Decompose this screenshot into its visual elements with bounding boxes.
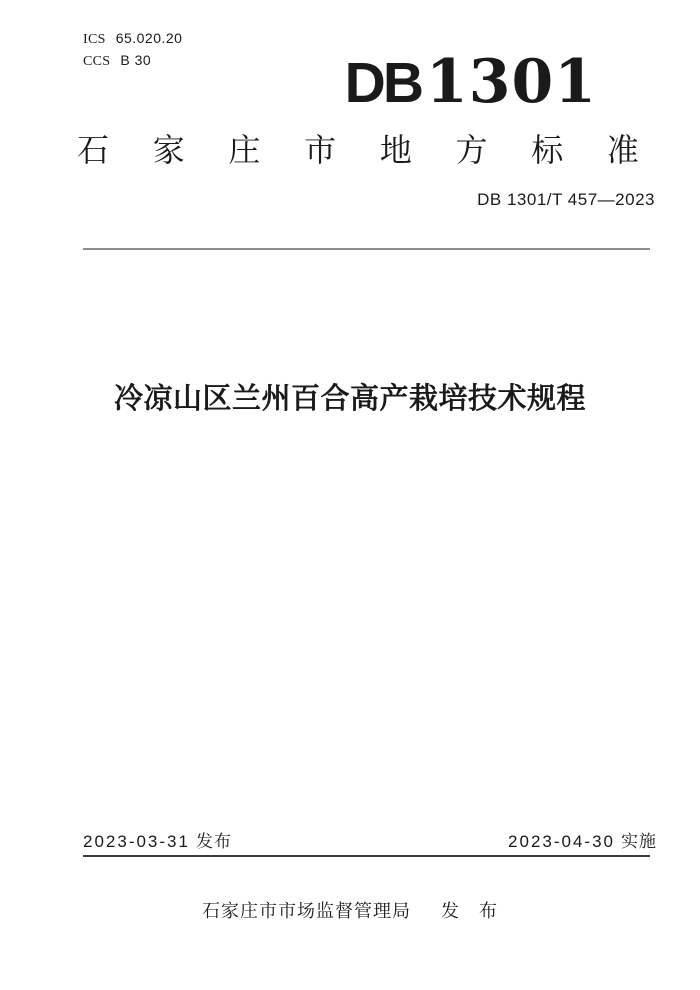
logo-region-code: 1301 bbox=[426, 47, 597, 117]
type-char: 标 bbox=[531, 134, 563, 168]
classification-block: ICS65.020.20 CCSB 30 bbox=[83, 28, 182, 72]
issue-date: 2023-03-31 bbox=[83, 832, 190, 851]
document-title: 冷凉山区兰州百合高产栽培技术规程 bbox=[0, 384, 700, 416]
implement-label: 实施 bbox=[621, 832, 657, 851]
issue-date-group: 2023-03-31发布 bbox=[83, 832, 232, 852]
standard-cover-page: ICS65.020.20 CCSB 30 DB1301 石 家 庄 市 地 方 … bbox=[0, 0, 700, 990]
footer-rule bbox=[83, 855, 650, 857]
header-rule bbox=[83, 248, 650, 250]
implement-date: 2023-04-30 bbox=[508, 832, 615, 851]
ics-value: 65.020.20 bbox=[116, 30, 183, 46]
ccs-label: CCS bbox=[83, 54, 110, 69]
ics-line: ICS65.020.20 bbox=[83, 28, 182, 50]
standard-type-title: 石 家 庄 市 地 方 标 准 bbox=[77, 134, 639, 168]
logo-db-prefix: DB bbox=[345, 51, 421, 115]
db-standard-logo: DB1301 bbox=[345, 52, 597, 112]
type-char: 家 bbox=[153, 134, 185, 168]
type-char: 市 bbox=[304, 134, 336, 168]
type-char: 方 bbox=[456, 134, 488, 168]
ccs-line: CCSB 30 bbox=[83, 50, 182, 72]
publisher-row: 石家庄市市场监督管理局发 布 bbox=[0, 901, 700, 923]
publish-action-label: 发 布 bbox=[441, 901, 498, 921]
ics-label: ICS bbox=[83, 32, 106, 47]
type-char: 庄 bbox=[228, 134, 260, 168]
publisher-name: 石家庄市市场监督管理局 bbox=[202, 901, 411, 921]
implement-date-group: 2023-04-30实施 bbox=[508, 832, 657, 852]
type-char: 石 bbox=[77, 134, 109, 168]
standard-number: DB 1301/T 457—2023 bbox=[477, 190, 655, 210]
type-char: 地 bbox=[380, 134, 412, 168]
type-char: 准 bbox=[607, 134, 639, 168]
date-row: 2023-03-31发布 2023-04-30实施 bbox=[83, 832, 657, 852]
issue-label: 发布 bbox=[196, 832, 232, 851]
ccs-value: B 30 bbox=[120, 52, 151, 68]
